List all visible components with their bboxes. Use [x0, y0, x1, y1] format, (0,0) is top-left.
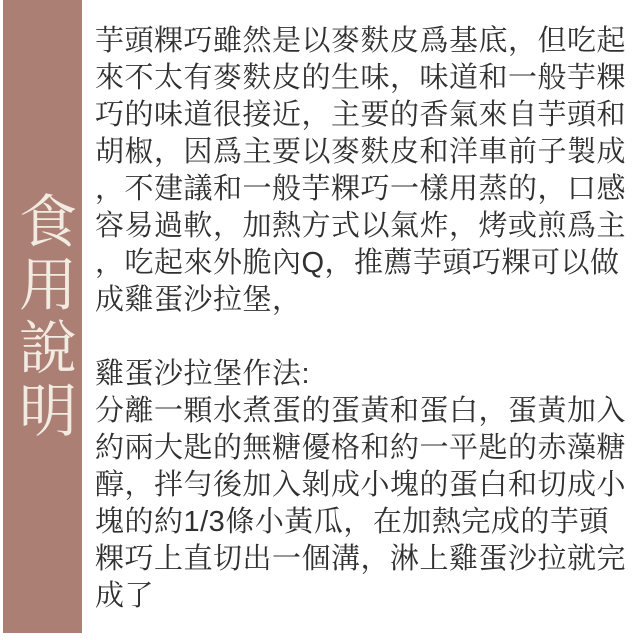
sidebar-vertical-title: 食用說明	[3, 191, 82, 443]
recipe-title: 雞蛋沙拉堡作法:	[95, 356, 640, 393]
usage-instructions-card: 食用說明 芋頭粿巧雖然是以麥麩皮爲基底，但吃起 來不太有麥麩皮的生味，味道和一般…	[0, 0, 640, 640]
recipe-steps-paragraph: 分離一顆水煮蛋的蛋黃和蛋白，蛋黃加入 約兩大匙的無糖優格和約一平匙的赤藻糖 醇，…	[95, 393, 640, 615]
product-description-paragraph: 芋頭粿巧雖然是以麥麩皮爲基底，但吃起 來不太有麥麩皮的生味，味道和一般芋粿 巧的…	[95, 23, 640, 319]
content-area: 芋頭粿巧雖然是以麥麩皮爲基底，但吃起 來不太有麥麩皮的生味，味道和一般芋粿 巧的…	[95, 23, 640, 615]
sidebar-label-band: 食用說明	[3, 0, 82, 633]
